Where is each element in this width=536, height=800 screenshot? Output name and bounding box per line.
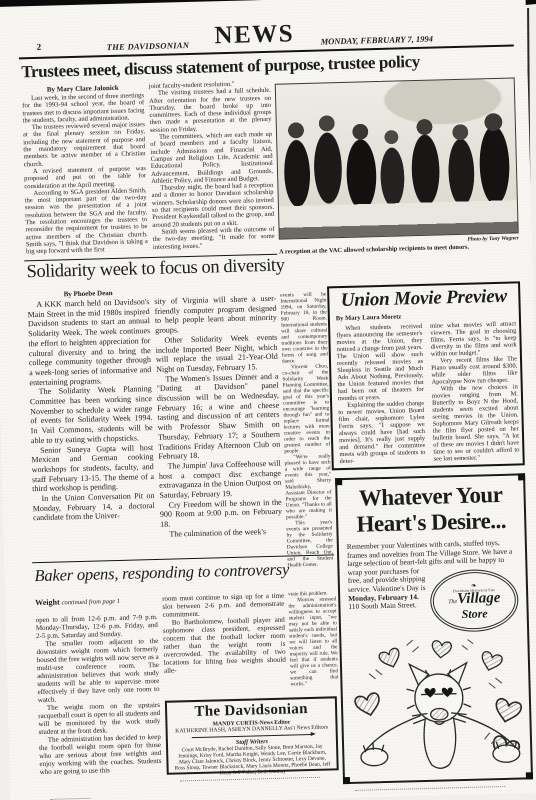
baker-column-3: viate this problem.Morrow stressed the a… (288, 590, 338, 687)
page-number: 2 (37, 42, 42, 52)
scan-speck (180, 777, 320, 782)
solidarity-column-1: A KKK march held on Davidson's Main Stre… (27, 297, 155, 523)
paragraph: In the Union Conversation Pit on Monday,… (32, 491, 155, 523)
paragraph: The visiting trustees had a full schedul… (149, 87, 272, 134)
continued-word: Weight (35, 598, 60, 608)
crop-mark (335, 478, 342, 485)
trustees-headline: Trustees meet, discuss statement of purp… (21, 49, 521, 82)
cat-illustration-wrap (349, 632, 523, 783)
movie-preview-column-2: mine what movies will attract viewers. T… (430, 320, 520, 462)
crop-mark (343, 777, 350, 784)
issue-date: MONDAY, FEBRUARY 7, 1994 (321, 34, 434, 47)
paragraph: mine what movies will attract viewers. T… (430, 320, 517, 357)
ad-body-text: 110 South Main Street. (348, 600, 417, 611)
continued-note: Weight continued from page 1 (35, 595, 157, 607)
section-title: NEWS (214, 20, 294, 50)
solidarity-column-3: events will be International Night 1994,… (280, 291, 333, 568)
ad-title-line2: Heart's Desire... (346, 508, 517, 538)
paragraph: open to all from 12-6 p.m. and 7-9 p.m. … (36, 613, 159, 640)
paragraph: Bo Bartholomew, football player and soph… (163, 616, 286, 675)
paragraph: Smith seems pleased with the outcome of … (152, 226, 275, 251)
staff-writers-names: Court McBryde, Rachel Dunifon, Sally Sto… (173, 743, 332, 778)
paragraph: The trustees reviewed several major issu… (23, 121, 146, 168)
paragraph: events will be International Night 1994,… (280, 291, 328, 364)
paragraph: room must continue to sign up for a time… (162, 592, 285, 619)
cat-with-heart-glasses-illustration (349, 632, 529, 779)
movie-preview-byline: By Mary Laura Moretz (336, 313, 402, 322)
paragraph: A revised statement of purpose was propo… (24, 165, 147, 190)
trustees-column-2: joint faculty-student resolution."The vi… (149, 80, 275, 251)
paragraph: Last week, in the second of three meetin… (22, 92, 145, 124)
paragraph: "We're really pleased to have such a wid… (284, 453, 332, 520)
paragraph: Thursday night, the board had a receptio… (151, 182, 274, 229)
solidarity-column-2: sity of Virginia will share a user-frien… (154, 294, 282, 540)
paragraph: A KKK march held on Davidson's Main Stre… (27, 297, 151, 387)
paragraph: Explaining the sudden change to newer mo… (338, 400, 426, 465)
crop-mark (526, 772, 533, 779)
paragraph: The committees, which are each made up o… (150, 131, 273, 185)
movie-preview-column-1: When students received flyers announcing… (336, 323, 426, 465)
paragraph: sity of Virginia will share a user-frien… (154, 294, 277, 336)
paragraph: The Jumpin' Java Coffeehouse will host a… (159, 459, 282, 501)
paragraph: Morrow stressed the administration's wil… (288, 596, 338, 687)
baker-headline: Baker opens, responding to controversy (34, 560, 289, 587)
ad-body: Remember your Valentines with cards, stu… (347, 539, 519, 612)
village-store-ad: Whatever Your Heart's Desire... Remember… (335, 473, 533, 784)
paragraph: Very recent films like The Piano usually… (431, 355, 518, 385)
scan-speck (355, 786, 505, 791)
paragraph: Senior Suneya Gupta will host Mexican an… (31, 443, 154, 495)
trustees-column-1: Last week, in the second of three meetin… (22, 92, 148, 256)
paragraph: When students received flyers announcing… (336, 323, 424, 402)
paragraph: The administration has decided to keep t… (39, 733, 162, 776)
paragraph: Vincent Choo, co-chair of the Solidarity… (282, 363, 330, 454)
movie-preview-title: Union Movie Preview (329, 285, 519, 312)
continued-from: continued from page 1 (61, 598, 120, 607)
paragraph: Cry Freedom will be shown in the 900 Roo… (160, 497, 283, 529)
crop-mark (518, 473, 525, 480)
paragraph: The Women's Issues Dinner and a "Dating … (156, 371, 280, 461)
logo-the: The (448, 599, 457, 605)
baker-column-1: open to all from 12-6 p.m. and 7-9 p.m. … (36, 613, 162, 776)
paragraph: Other Solidarity Week events include Imp… (155, 333, 278, 375)
davidsonian-masthead-box: The Davidsonian MANDY CURTIS-News Editor… (165, 696, 339, 774)
paragraph: According to SGA president Alden Smith, … (24, 187, 148, 256)
reception-photo (275, 77, 519, 239)
paragraph: The Solidarity Week Planning Committee h… (30, 384, 153, 445)
paragraph: The weight room on the upstairs racquetb… (38, 701, 161, 736)
logo-store: Store (462, 608, 488, 619)
paragraph: This year's events are presented by the … (286, 519, 333, 568)
paragraph: With the new choices in movies ranging f… (432, 383, 520, 462)
logo-village: Village (457, 590, 501, 607)
union-movie-preview-box: Union Movie Preview By Mary Laura Moretz… (327, 281, 525, 470)
baker-column-2: room must continue to sign up for a time… (162, 592, 286, 675)
paragraph: The smaller room adjacent to the downsta… (36, 637, 160, 704)
paragraph: The culmination of the week's (160, 527, 282, 540)
village-store-logo: ❧ Davidson Historical Site TheVillage St… (430, 568, 520, 632)
arrow-head-icon (311, 732, 316, 736)
newspaper-sheet: 2 THE DAVIDSONIAN NEWS MONDAY, FEBRUARY … (0, 0, 536, 800)
publication-name: THE DAVIDSONIAN (107, 40, 190, 52)
